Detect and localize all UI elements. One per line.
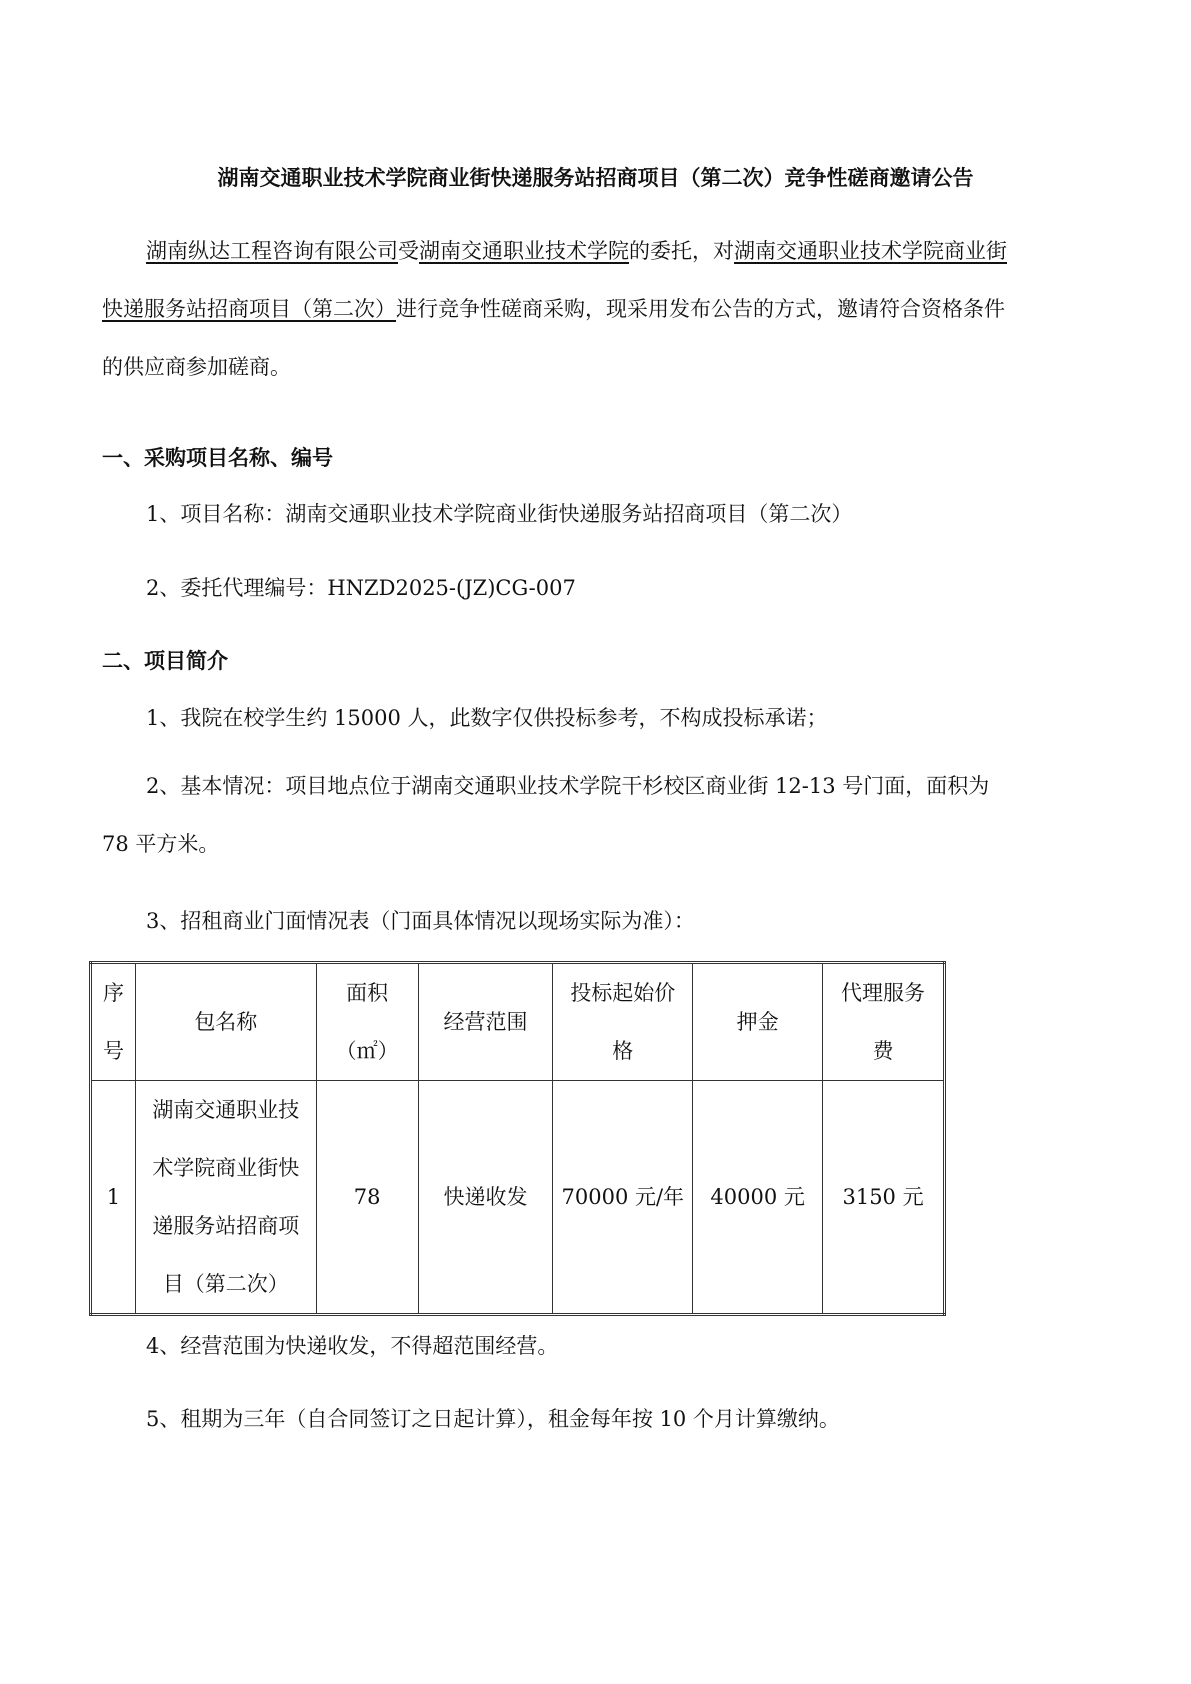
client-name: 湖南交通职业技术学院 [419,239,629,263]
table-row: 1 湖南交通职业技 术学院商业街快 递服务站招商项 目（第二次） 78 快递收发… [91,1081,945,1315]
header-name: 包名称 [135,963,316,1081]
header-text: 投标起始价 [553,964,692,1022]
cell-no: 1 [91,1081,136,1315]
cell-area: 78 [316,1081,418,1315]
header-text: 费 [823,1022,943,1080]
cell-name-line: 目（第二次） [136,1255,316,1313]
header-no: 序号 [91,963,136,1081]
rental-table: 序号 包名称 面积（㎡） 经营范围 投标起始价格 押金 代理服务费 1 湖南交通… [89,961,946,1316]
header-text: 号 [92,1022,135,1080]
section2-item-4: 4、经营范围为快递收发，不得超范围经营。 [146,1330,558,1360]
header-area: 面积（㎡） [316,963,418,1081]
cell-name: 湖南交通职业技 术学院商业街快 递服务站招商项 目（第二次） [135,1081,316,1315]
header-text: 格 [553,1022,692,1080]
section2-item-1: 1、我院在校学生约 15000 人，此数字仅供投标参考，不构成投标承诺； [146,702,828,732]
intro-paragraph: 湖南纵达工程咨询有限公司受湖南交通职业技术学院的委托，对湖南交通职业技术学院商业… [102,222,1008,396]
cell-fee: 3150 元 [823,1081,945,1315]
section2-item-3: 3、招租商业门面情况表（门面具体情况以现场实际为准）： [146,905,695,935]
section1-item-2: 2、委托代理编号：HNZD2025-(JZ)CG-007 [146,572,576,602]
header-text: 代理服务 [823,964,943,1022]
intro-text: 受 [398,239,419,263]
intro-text: 的委托，对 [629,239,734,263]
header-price: 投标起始价格 [553,963,693,1081]
section1-heading: 一、采购项目名称、编号 [102,442,333,472]
document-title: 湖南交通职业技术学院商业街快递服务站招商项目（第二次）竞争性磋商邀请公告 [0,162,1191,192]
section2-item-5: 5、租期为三年（自合同签订之日起计算），租金每年按 10 个月计算缴纳。 [146,1403,840,1433]
header-scope: 经营范围 [418,963,553,1081]
document-page: 湖南交通职业技术学院商业街快递服务站招商项目（第二次）竞争性磋商邀请公告 湖南纵… [0,0,1191,1684]
section1-item-1: 1、项目名称：湖南交通职业技术学院商业街快递服务站招商项目（第二次） [146,498,852,528]
header-deposit: 押金 [693,963,823,1081]
agent-name: 湖南纵达工程咨询有限公司 [146,239,398,263]
header-text: （㎡） [317,1022,418,1080]
table-header-row: 序号 包名称 面积（㎡） 经营范围 投标起始价格 押金 代理服务费 [91,963,945,1081]
section2-item-2: 2、基本情况：项目地点位于湖南交通职业技术学院干杉校区商业街 12-13 号门面… [102,757,1008,873]
cell-name-line: 递服务站招商项 [136,1197,316,1255]
cell-name-line: 术学院商业街快 [136,1139,316,1197]
header-text: 面积 [317,964,418,1022]
header-text: 序 [92,964,135,1022]
cell-scope: 快递收发 [418,1081,553,1315]
cell-name-line: 湖南交通职业技 [136,1081,316,1139]
section2-heading: 二、项目简介 [102,645,228,675]
cell-deposit: 40000 元 [693,1081,823,1315]
cell-price: 70000 元/年 [553,1081,693,1315]
header-fee: 代理服务费 [823,963,945,1081]
